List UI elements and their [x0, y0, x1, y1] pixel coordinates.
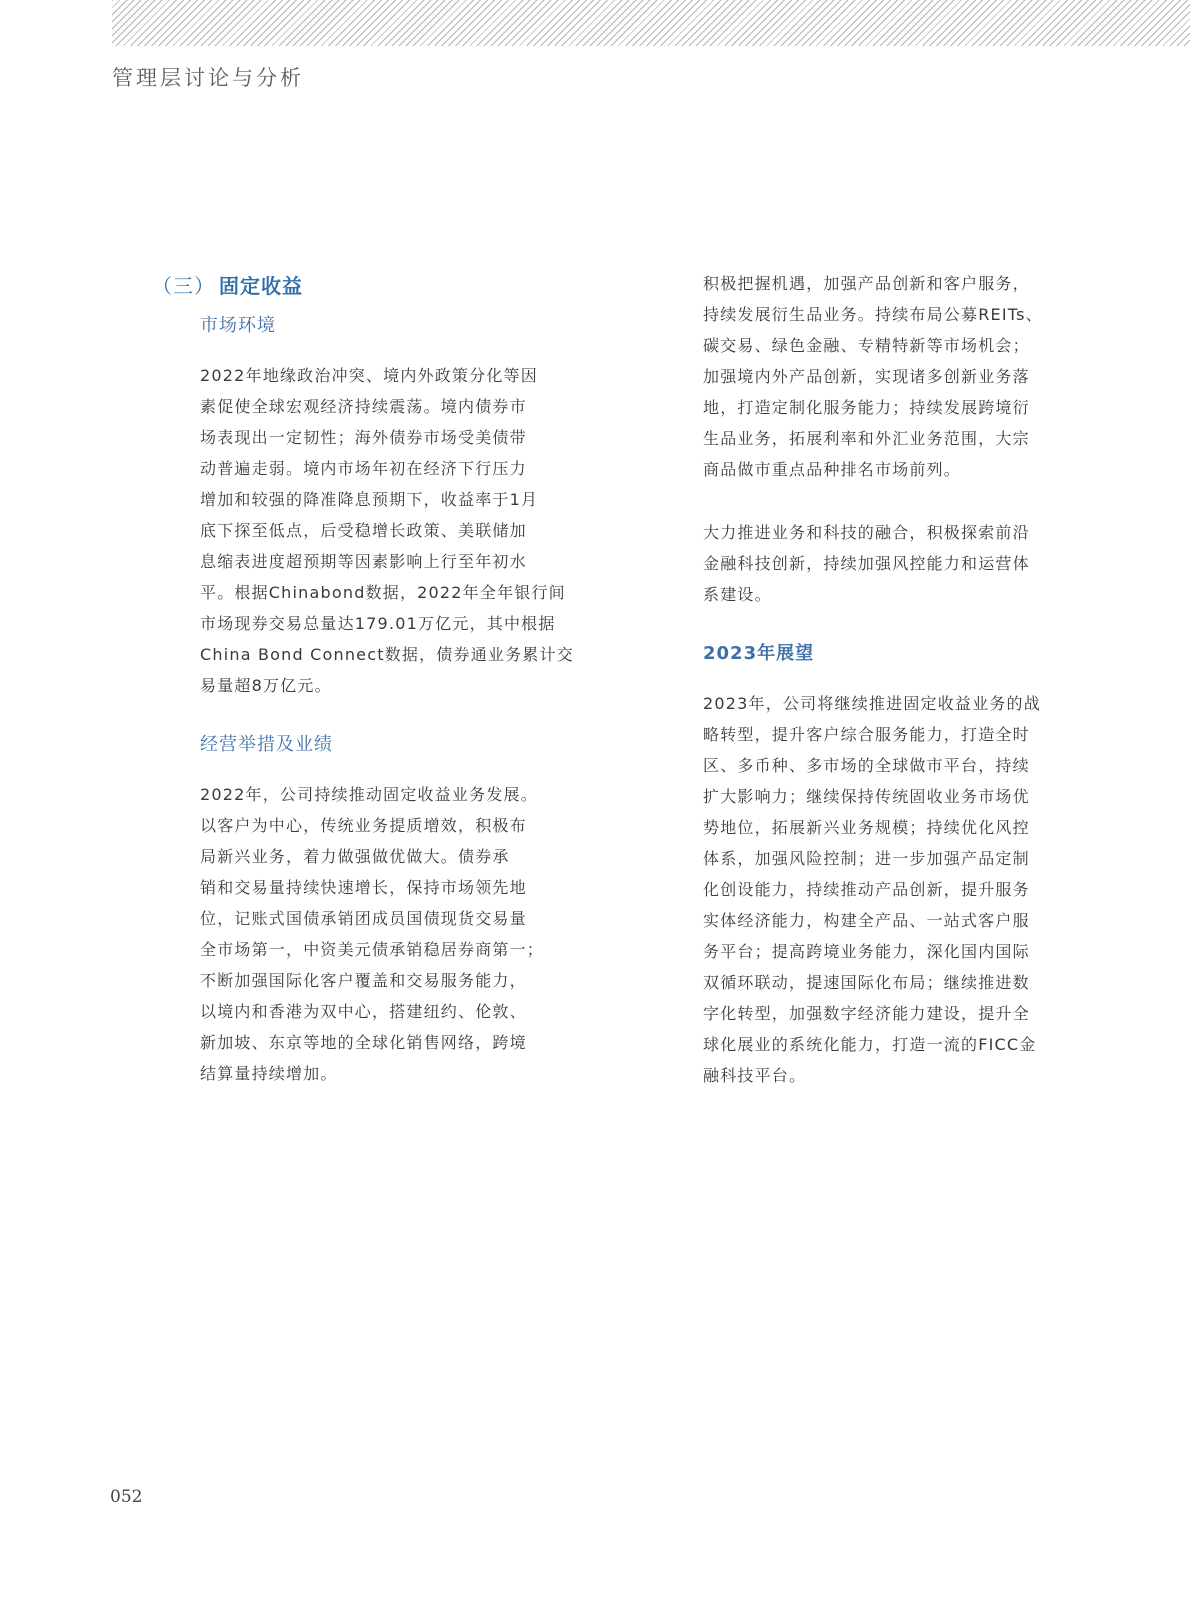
text-line: 体系，加强风险控制；进一步加强产品定制 [703, 843, 1083, 874]
text-line: 局新兴业务，着力做强做优做大。债券承 [200, 841, 580, 872]
text-line: 系建设。 [703, 579, 1083, 610]
text-line: 易量超8万亿元。 [200, 670, 580, 701]
paragraph-2023-outlook: 2023年，公司将继续推进固定收益业务的战 略转型，提升客户综合服务能力，打造全… [703, 688, 1083, 1091]
text-line: 碳交易、绿色金融、专精特新等市场机会； [703, 330, 1083, 361]
text-line: 区、多币种、多市场的全球做市平台，持续 [703, 750, 1083, 781]
right-column: 积极把握机遇，加强产品创新和客户服务， 持续发展衍生品业务。持续布局公募REIT… [703, 268, 1083, 1123]
text-line: 素促使全球宏观经济持续震荡。境内债券市 [200, 391, 580, 422]
text-line: 以客户为中心，传统业务提质增效，积极布 [200, 810, 580, 841]
text-line: 持续发展衍生品业务。持续布局公募REITs、 [703, 299, 1083, 330]
decorative-hatch-band [112, 0, 1190, 46]
text-line: 全市场第一，中资美元债承销稳居券商第一； [200, 934, 580, 965]
text-line: 2023年，公司将继续推进固定收益业务的战 [703, 688, 1083, 719]
text-line: 融科技平台。 [703, 1060, 1083, 1091]
heading-2023-outlook: 2023年展望 [703, 642, 1083, 666]
paragraph-market-environment: 2022年地缘政治冲突、境内外政策分化等因 素促使全球宏观经济持续震荡。境内债券… [200, 360, 580, 701]
section-header: 管理层讨论与分析 [112, 62, 304, 92]
text-line: 略转型，提升客户综合服务能力，打造全时 [703, 719, 1083, 750]
text-line: 市场现券交易总量达179.01万亿元，其中根据 [200, 608, 580, 639]
chapter-title-text: 固定收益 [219, 274, 303, 298]
text-line: 加强境内外产品创新，实现诸多创新业务落 [703, 361, 1083, 392]
text-line: 积极把握机遇，加强产品创新和客户服务， [703, 268, 1083, 299]
text-line: 增加和较强的降准降息预期下，收益率于1月 [200, 484, 580, 515]
text-line: 场表现出一定韧性；海外债券市场受美债带 [200, 422, 580, 453]
text-line: 位，记账式国债承销团成员国债现货交易量 [200, 903, 580, 934]
heading-operations-performance: 经营举措及业绩 [200, 733, 580, 757]
chapter-number: （三） [152, 274, 215, 298]
text-line: 化创设能力，持续推动产品创新，提升服务 [703, 874, 1083, 905]
text-line: 金融科技创新，持续加强风控能力和运营体 [703, 548, 1083, 579]
text-line: 势地位，拓展新兴业务规模；持续优化风控 [703, 812, 1083, 843]
paragraph-fintech: 大力推进业务和科技的融合，积极探索前沿 金融科技创新，持续加强风控能力和运营体 … [703, 517, 1083, 610]
text-line: 扩大影响力；继续保持传统固收业务市场优 [703, 781, 1083, 812]
text-line: 球化展业的系统化能力，打造一流的FICC金 [703, 1029, 1083, 1060]
heading-market-environment: 市场环境 [200, 314, 580, 338]
text-line: 双循环联动，提速国际化布局；继续推进数 [703, 967, 1083, 998]
text-line: China Bond Connect数据，债券通业务累计交 [200, 639, 580, 670]
text-line: 生品业务，拓展利率和外汇业务范围，大宗 [703, 423, 1083, 454]
text-line: 务平台；提高跨境业务能力，深化国内国际 [703, 936, 1083, 967]
text-line: 底下探至低点，后受稳增长政策、美联储加 [200, 515, 580, 546]
text-line: 动普遍走弱。境内市场年初在经济下行压力 [200, 453, 580, 484]
text-line: 字化转型，加强数字经济能力建设，提升全 [703, 998, 1083, 1029]
text-line: 销和交易量持续快速增长，保持市场领先地 [200, 872, 580, 903]
text-line: 以境内和香港为双中心，搭建纽约、伦敦、 [200, 996, 580, 1027]
text-line: 平。根据Chinabond数据，2022年全年银行间 [200, 577, 580, 608]
paragraph-operations-performance: 2022年，公司持续推动固定收益业务发展。 以客户为中心，传统业务提质增效，积极… [200, 779, 580, 1089]
text-line: 新加坡、东京等地的全球化销售网络，跨境 [200, 1027, 580, 1058]
text-line: 商品做市重点品种排名市场前列。 [703, 454, 1083, 485]
chapter-title: （三）固定收益 [152, 270, 303, 299]
left-column: 市场环境 2022年地缘政治冲突、境内外政策分化等因 素促使全球宏观经济持续震荡… [200, 314, 580, 1121]
text-line: 息缩表进度超预期等因素影响上行至年初水 [200, 546, 580, 577]
text-line: 不断加强国际化客户覆盖和交易服务能力， [200, 965, 580, 996]
text-line: 2022年，公司持续推动固定收益业务发展。 [200, 779, 580, 810]
text-line: 结算量持续增加。 [200, 1058, 580, 1089]
text-line: 大力推进业务和科技的融合，积极探索前沿 [703, 517, 1083, 548]
text-line: 2022年地缘政治冲突、境内外政策分化等因 [200, 360, 580, 391]
text-line: 实体经济能力，构建全产品、一站式客户服 [703, 905, 1083, 936]
text-line: 地，打造定制化服务能力；持续发展跨境衍 [703, 392, 1083, 423]
page-number: 052 [110, 1487, 142, 1507]
paragraph-operations-continued: 积极把握机遇，加强产品创新和客户服务， 持续发展衍生品业务。持续布局公募REIT… [703, 268, 1083, 485]
